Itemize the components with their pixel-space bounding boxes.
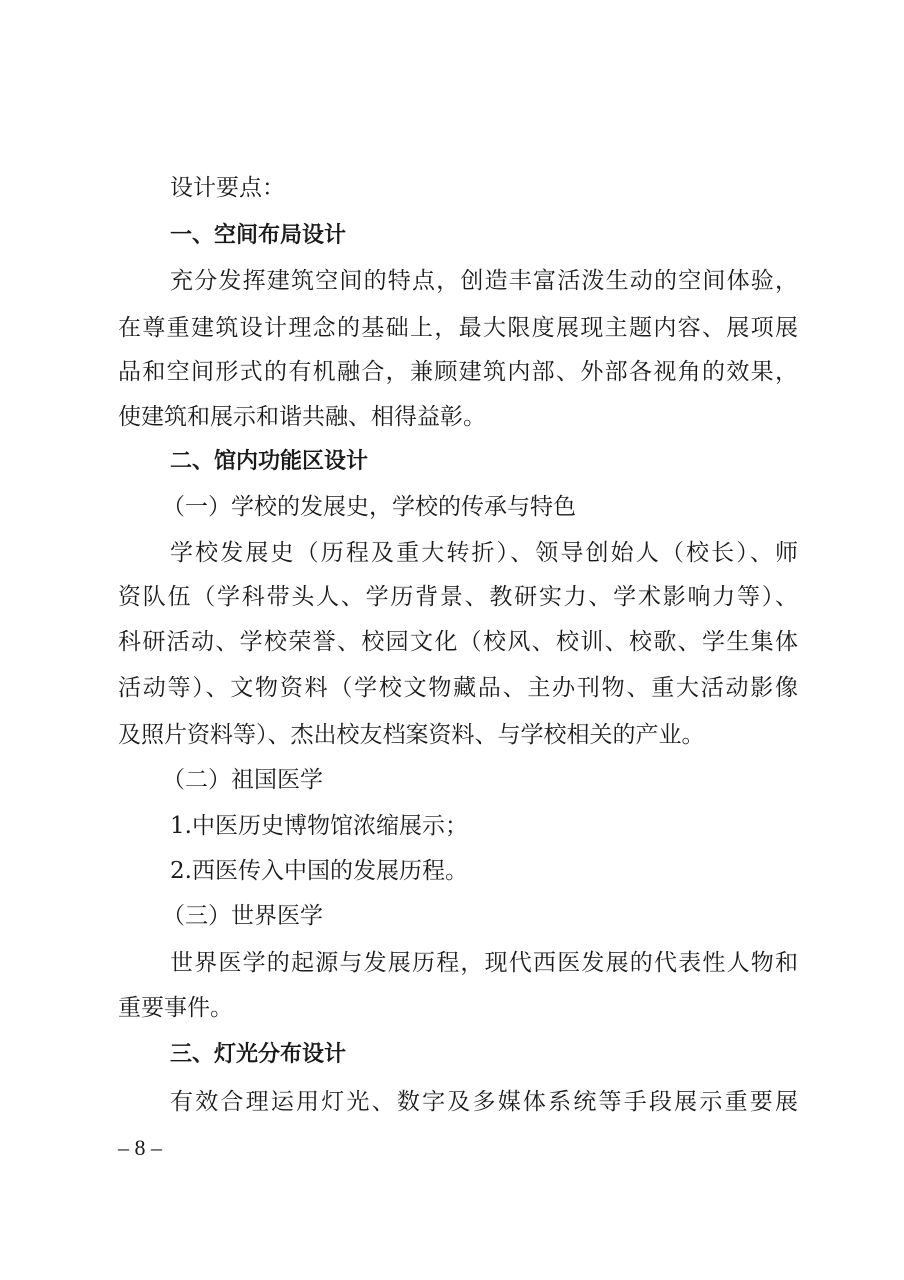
paragraph-line: 充分发挥建筑空间的特点，创造丰富活泼生动的空间体验， — [170, 266, 798, 296]
page-number: – 8 – — [118, 1135, 162, 1161]
list-item: 1.中医历史博物馆浓缩展示； — [170, 811, 468, 841]
paragraph-line: 品和空间形式的有机融合，兼顾建筑内部、外部各视角的效果， — [118, 357, 798, 387]
paragraph-line: 活动等）、文物资料（学校文物藏品、主办刊物、重大活动影像 — [118, 673, 798, 703]
paragraph-line: 资队伍（学科带头人、学历背景、教研实力、学术影响力等）、 — [118, 582, 798, 612]
paragraph-line: 科研活动、学校荣誉、校园文化（校风、校训、校歌、学生集体 — [118, 627, 798, 657]
paragraph-line: 重要事件。 — [118, 993, 233, 1023]
section-heading-1: 一、空间布局设计 — [170, 221, 346, 251]
paragraph-line: 使建筑和展示和谐共融、相得益彰。 — [118, 402, 486, 432]
paragraph-line: 在尊重建筑设计理念的基础上，最大限度展现主题内容、展项展 — [118, 313, 798, 343]
list-item: 2.西医传入中国的发展历程。 — [170, 856, 468, 886]
paragraph-line: 有效合理运用灯光、数字及多媒体系统等手段展示重要展 — [170, 1087, 798, 1117]
paragraph-line: 及照片资料等）、杰出校友档案资料、与学校相关的产业。 — [118, 720, 705, 750]
section-heading-2: 二、馆内功能区设计 — [170, 447, 368, 477]
paragraph-line: 学校发展史（历程及重大转折）、领导创始人（校长）、师 — [170, 538, 798, 568]
subsection-heading-3: （三）世界医学 — [162, 901, 323, 931]
section-heading-3: 三、灯光分布设计 — [170, 1040, 346, 1070]
subsection-heading-1: （一）学校的发展史，学校的传承与特色 — [162, 492, 576, 522]
intro-label: 设计要点： — [170, 173, 285, 203]
subsection-heading-2: （二）祖国医学 — [162, 765, 323, 795]
paragraph-line: 世界医学的起源与发展历程，现代西医发展的代表性人物和 — [170, 948, 798, 978]
